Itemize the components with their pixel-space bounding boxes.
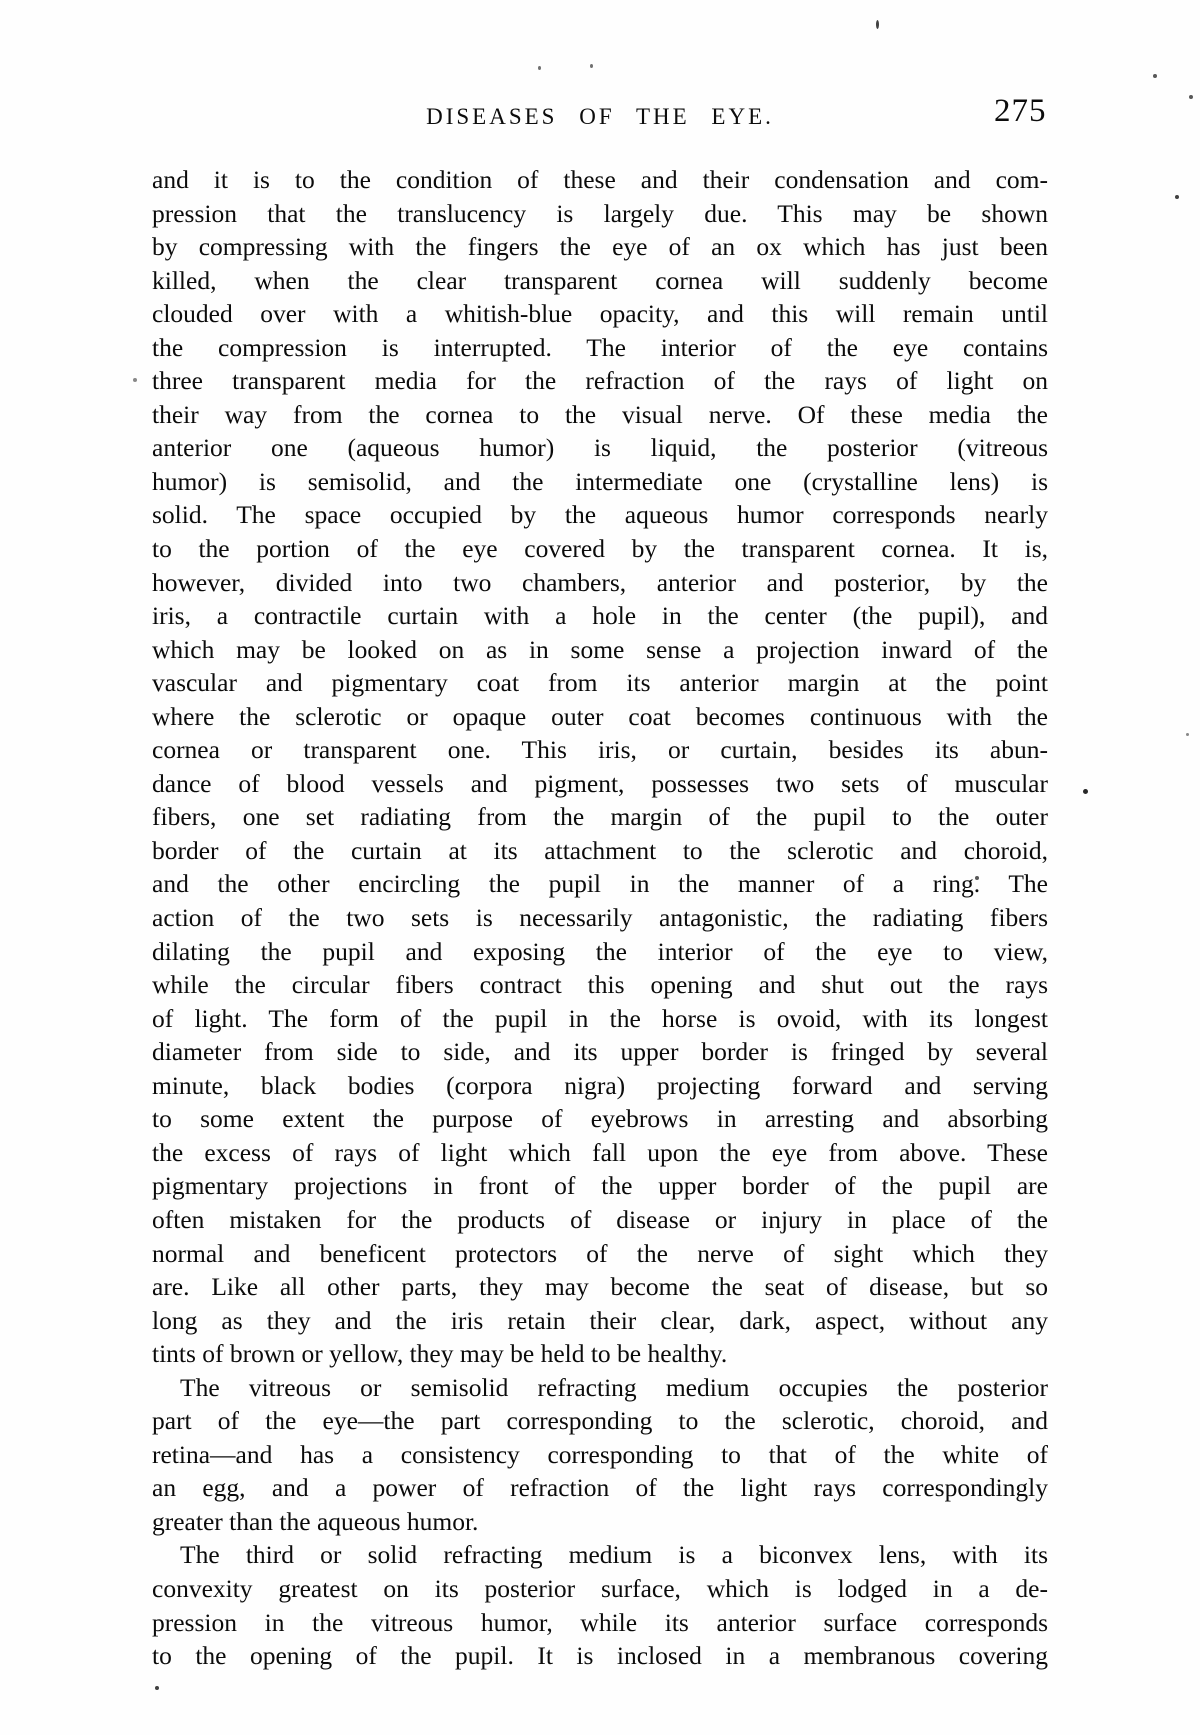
text-line: pigmentary projections in front of the u… xyxy=(152,1169,1048,1203)
text-line: humor) is semisolid, and the intermediat… xyxy=(152,465,1048,499)
text-line: part of the eye—the part corresponding t… xyxy=(152,1404,1048,1438)
text-line: anterior one (aqueous humor) is liquid, … xyxy=(152,431,1048,465)
text-line: three transparent media for the refracti… xyxy=(152,364,1048,398)
text-line: action of the two sets is necessarily an… xyxy=(152,901,1048,935)
text-line: are. Like all other parts, they may beco… xyxy=(152,1270,1048,1304)
scan-speck xyxy=(1083,789,1088,794)
book-page: DISEASES OF THE EYE. 275 and it is to th… xyxy=(0,0,1200,1735)
text-line: vascular and pigmentary coat from its an… xyxy=(152,666,1048,700)
text-line: greater than the aqueous humor. xyxy=(152,1505,1048,1539)
text-line: dilating the pupil and exposing the inte… xyxy=(152,935,1048,969)
text-line: to the opening of the pupil. It is inclo… xyxy=(152,1639,1048,1673)
text-line: retina—and has a consistency correspondi… xyxy=(152,1438,1048,1472)
text-line: however, divided into two chambers, ante… xyxy=(152,566,1048,600)
scan-speck xyxy=(155,1686,159,1690)
text-line: cornea or transparent one. This iris, or… xyxy=(152,733,1048,767)
text-line: the excess of rays of light which fall u… xyxy=(152,1136,1048,1170)
text-line: convexity greatest on its posterior surf… xyxy=(152,1572,1048,1606)
scan-speck xyxy=(1189,95,1193,99)
text-line: fibers, one set radiating from the margi… xyxy=(152,800,1048,834)
text-line: pression that the translucency is largel… xyxy=(152,197,1048,231)
text-line: by compressing with the fingers the eye … xyxy=(152,230,1048,264)
text-line: tints of brown or yellow, they may be he… xyxy=(152,1337,1048,1371)
text-line: The vitreous or semisolid refracting med… xyxy=(152,1371,1048,1405)
text-line: normal and beneficent protectors of the … xyxy=(152,1237,1048,1271)
scan-speck xyxy=(538,66,541,70)
text-line: to some extent the purpose of eyebrows i… xyxy=(152,1102,1048,1136)
text-line: dance of blood vessels and pigment, poss… xyxy=(152,767,1048,801)
scan-speck xyxy=(1175,195,1179,199)
body-text: and it is to the condition of these and … xyxy=(152,163,1048,1673)
text-line: minute, black bodies (corpora nigra) pro… xyxy=(152,1069,1048,1103)
page-number: 275 xyxy=(994,93,1058,130)
text-line: killed, when the clear transparent corne… xyxy=(152,264,1048,298)
scan-speck xyxy=(975,876,979,880)
scan-speck xyxy=(590,64,593,68)
text-line: which may be looked on as in some sense … xyxy=(152,633,1048,667)
text-line: long as they and the iris retain their c… xyxy=(152,1304,1048,1338)
text-line: where the sclerotic or opaque outer coat… xyxy=(152,700,1048,734)
text-line: an egg, and a power of refraction of the… xyxy=(152,1471,1048,1505)
text-line: pression in the vitreous humor, while it… xyxy=(152,1606,1048,1640)
text-line: iris, a contractile curtain with a hole … xyxy=(152,599,1048,633)
text-line: of light. The form of the pupil in the h… xyxy=(152,1002,1048,1036)
text-line: The third or solid refracting medium is … xyxy=(152,1538,1048,1572)
scan-speck xyxy=(1186,733,1189,736)
text-line: while the circular fibers contract this … xyxy=(152,968,1048,1002)
text-line: to the portion of the eye covered by the… xyxy=(152,532,1048,566)
scan-speck xyxy=(133,378,137,382)
scan-speck xyxy=(876,20,879,29)
text-line: and the other encircling the pupil in th… xyxy=(152,867,1048,901)
text-line: their way from the cornea to the visual … xyxy=(152,398,1048,432)
text-line: clouded over with a whitish-blue opacity… xyxy=(152,297,1048,331)
text-line: diameter from side to side, and its uppe… xyxy=(152,1035,1048,1069)
text-line: solid. The space occupied by the aqueous… xyxy=(152,498,1048,532)
text-line: and it is to the condition of these and … xyxy=(152,163,1048,197)
scan-speck xyxy=(1153,74,1157,78)
text-line: the compression is interrupted. The inte… xyxy=(152,331,1048,365)
text-line: often mistaken for the products of disea… xyxy=(152,1203,1048,1237)
text-line: border of the curtain at its attachment … xyxy=(152,834,1048,868)
